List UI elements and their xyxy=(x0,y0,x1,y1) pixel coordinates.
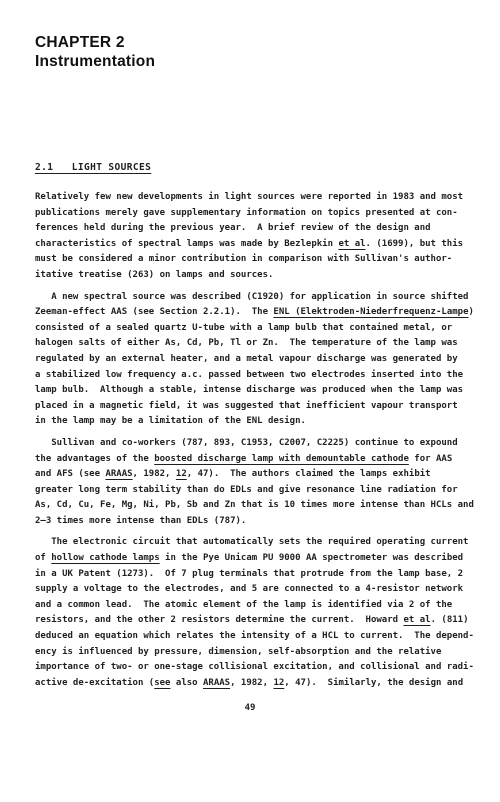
text-line: Relatively few new developments in light… xyxy=(35,190,485,206)
text-segment: lamp bulb. Although a stable, intense di… xyxy=(35,385,463,395)
text-segment: publications merely gave supplementary i… xyxy=(35,208,458,218)
text-segment: also xyxy=(170,678,203,688)
text-line: characteristics of spectral lamps was ma… xyxy=(35,237,485,253)
text-line: importance of two- or one-stage collisio… xyxy=(35,660,485,676)
text-line: Zeeman-effect AAS (see Section 2.2.1). T… xyxy=(35,305,485,321)
underlined-text: see xyxy=(154,678,170,688)
text-segment: greater long term stability than do EDLs… xyxy=(35,485,458,495)
text-line: and a common lead. The atomic element of… xyxy=(35,598,485,614)
text-segment: active de-excitation ( xyxy=(35,678,154,688)
text-segment: deduced an equation which relates the in… xyxy=(35,631,474,641)
text-segment: the advantages of the xyxy=(35,454,154,464)
text-segment: and a common lead. The atomic element of… xyxy=(35,600,452,610)
text-line: consisted of a sealed quartz U-tube with… xyxy=(35,321,485,337)
text-line: As, Cd, Cu, Fe, Mg, Ni, Pb, Sb and Zn th… xyxy=(35,498,485,514)
text-segment: placed in a magnetic field, it was sugge… xyxy=(35,401,458,411)
chapter-title: Instrumentation xyxy=(35,52,155,71)
text-segment: . (811) xyxy=(431,615,469,625)
section-heading: 2.1 LIGHT SOURCES xyxy=(35,162,151,173)
text-line: a stabilized low frequency a.c. passed b… xyxy=(35,368,485,384)
underlined-text: ARAAS xyxy=(105,469,132,479)
text-line: in the lamp may be a limitation of the E… xyxy=(35,414,485,430)
text-segment: importance of two- or one-stage collisio… xyxy=(35,662,474,672)
text-line: publications merely gave supplementary i… xyxy=(35,206,485,222)
text-line: 2—3 times more intense than EDLs (787). xyxy=(35,514,485,530)
paragraph: The electronic circuit that automaticall… xyxy=(35,535,485,691)
text-segment: ency is influenced by pressure, dimensio… xyxy=(35,647,441,657)
text-segment: Sullivan and co-workers (787, 893, C1953… xyxy=(35,438,458,448)
text-line: Sullivan and co-workers (787, 893, C1953… xyxy=(35,436,485,452)
underlined-text: ARAAS xyxy=(203,678,230,688)
text-line: placed in a magnetic field, it was sugge… xyxy=(35,399,485,415)
text-segment: in a UK Patent (1273). Of 7 plug termina… xyxy=(35,569,463,579)
text-segment: Relatively few new developments in light… xyxy=(35,192,463,202)
text-segment: regulated by an external heater, and a m… xyxy=(35,354,458,364)
text-line: supply a voltage to the electrodes, and … xyxy=(35,582,485,598)
text-line: deduced an equation which relates the in… xyxy=(35,629,485,645)
text-segment: , 1982, xyxy=(230,678,273,688)
text-segment: characteristics of spectral lamps was ma… xyxy=(35,239,338,249)
underlined-text: ENL (Elektroden-Niederfrequenz-Lampe xyxy=(273,307,468,317)
text-segment: halogen salts of either As, Cd, Pb, Tl o… xyxy=(35,338,458,348)
text-segment: supply a voltage to the electrodes, and … xyxy=(35,584,463,594)
chapter-heading: CHAPTER 2 Instrumentation xyxy=(35,33,155,71)
underlined-text: hollow cathode lamps xyxy=(51,553,159,563)
underlined-text: 12 xyxy=(176,469,187,479)
text-segment: Zeeman-effect AAS (see Section 2.2.1). T… xyxy=(35,307,273,317)
text-line: halogen salts of either As, Cd, Pb, Tl o… xyxy=(35,336,485,352)
text-segment: . (1699), but this xyxy=(366,239,464,249)
underlined-text: et al xyxy=(403,615,430,625)
underlined-text: boosted discharge lamp with demountable … xyxy=(154,454,409,464)
text-segment: in the Pye Unicam PU 9000 AA spectromete… xyxy=(160,553,463,563)
paragraph: A new spectral source was described (C19… xyxy=(35,290,485,430)
text-segment: , 47). The authors claimed the lamps exh… xyxy=(187,469,431,479)
text-segment: , 1982, xyxy=(133,469,176,479)
text-segment: resistors, and the other 2 resistors det… xyxy=(35,615,403,625)
body-text: Relatively few new developments in light… xyxy=(35,190,485,691)
text-line: regulated by an external heater, and a m… xyxy=(35,352,485,368)
text-segment: As, Cd, Cu, Fe, Mg, Ni, Pb, Sb and Zn th… xyxy=(35,500,474,510)
text-line: active de-excitation (see also ARAAS, 19… xyxy=(35,676,485,692)
text-segment: 2—3 times more intense than EDLs (787). xyxy=(35,516,246,526)
underlined-text: 12 xyxy=(273,678,284,688)
text-line: of hollow cathode lamps in the Pye Unica… xyxy=(35,551,485,567)
text-segment: , 47). Similarly, the design and xyxy=(284,678,463,688)
text-line: in a UK Patent (1273). Of 7 plug termina… xyxy=(35,567,485,583)
text-line: ferences held during the previous year. … xyxy=(35,221,485,237)
text-segment: of xyxy=(35,553,51,563)
text-segment: A new spectral source was described (C19… xyxy=(35,292,468,302)
text-segment: in the lamp may be a limitation of the E… xyxy=(35,416,306,426)
text-segment: for AAS xyxy=(409,454,452,464)
paragraph: Sullivan and co-workers (787, 893, C1953… xyxy=(35,436,485,530)
text-line: the advantages of the boosted discharge … xyxy=(35,452,485,468)
text-line: The electronic circuit that automaticall… xyxy=(35,535,485,551)
underlined-text: et al xyxy=(338,239,365,249)
document-page: CHAPTER 2 Instrumentation 2.1 LIGHT SOUR… xyxy=(0,0,500,802)
text-line: lamp bulb. Although a stable, intense di… xyxy=(35,383,485,399)
text-segment: a stabilized low frequency a.c. passed b… xyxy=(35,370,463,380)
text-line: greater long term stability than do EDLs… xyxy=(35,483,485,499)
text-line: A new spectral source was described (C19… xyxy=(35,290,485,306)
page-number: 49 xyxy=(0,703,500,713)
text-segment: consisted of a sealed quartz U-tube with… xyxy=(35,323,452,333)
text-line: ency is influenced by pressure, dimensio… xyxy=(35,645,485,661)
text-segment: must be considered a minor contribution … xyxy=(35,254,452,264)
text-line: must be considered a minor contribution … xyxy=(35,252,485,268)
text-segment: ) xyxy=(469,307,474,317)
text-line: itative treatise (263) on lamps and sour… xyxy=(35,268,485,284)
chapter-label: CHAPTER 2 xyxy=(35,33,155,52)
text-segment: itative treatise (263) on lamps and sour… xyxy=(35,270,273,280)
text-segment: ferences held during the previous year. … xyxy=(35,223,431,233)
text-line: resistors, and the other 2 resistors det… xyxy=(35,613,485,629)
paragraph: Relatively few new developments in light… xyxy=(35,190,485,284)
text-segment: The electronic circuit that automaticall… xyxy=(35,537,468,547)
text-segment: and AFS (see xyxy=(35,469,105,479)
text-line: and AFS (see ARAAS, 1982, 12, 47). The a… xyxy=(35,467,485,483)
